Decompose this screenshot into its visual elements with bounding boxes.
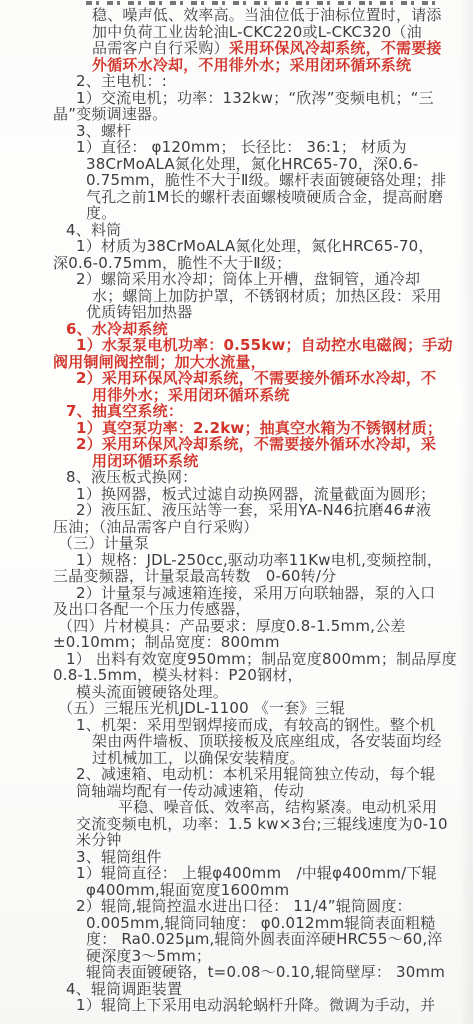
body-text: 2）液压缸、液压站等一套，采用YA-N46抗磨46#液 bbox=[76, 501, 431, 519]
text-line: 2、主电机：: bbox=[0, 73, 473, 90]
text-line: 度： Ra0.025μm,辊筒外圆表面淬硬HRC55～60,淬 bbox=[0, 931, 473, 948]
body-text: φ400mm,辊面宽度1600mm bbox=[86, 881, 289, 899]
body-text: 38CrMoALA氮化处理，氮化HRC65-70，深0.6- bbox=[86, 155, 418, 173]
text-line: 7、抽真空系统： bbox=[0, 403, 473, 420]
text-line: 度。 bbox=[0, 205, 473, 222]
text-line: 外循环水冷却，不用徘外水；采用闭环循环系统 bbox=[0, 57, 473, 74]
text-line: 及出口各配一个压力传感器， bbox=[0, 601, 473, 618]
body-text: 0.75mm，脆性不大于Ⅱ级。螺杆表面镀硬铬处理；排 bbox=[86, 171, 446, 189]
body-text: ±0.10mm；制品宽度：800mm bbox=[53, 633, 280, 651]
body-text: 三晶变频器，计量泵最高转数 0-60转/分 bbox=[53, 567, 336, 585]
text-line: 38CrMoALA氮化处理，氮化HRC65-70，深0.6- bbox=[0, 156, 473, 173]
text-line: 过机械加工，以确保安装精度。 bbox=[0, 750, 473, 767]
body-text: 2、减速箱、电动机：本机采用辊筒独立传动，每个辊 bbox=[76, 765, 435, 783]
text-line: 稳、噪声低、效率高。当油位低于油标位置时，请添 bbox=[0, 7, 473, 24]
highlight-text: 用闭环循环系统 bbox=[92, 452, 198, 470]
highlight-text: 1）水泵泵电机功率：0.55kw；自动控水电磁阀；手动 bbox=[76, 336, 453, 354]
text-line: 2）螺筒采用水冷却；筒体上开槽，盘铜管，通冷却 bbox=[0, 271, 473, 288]
text-line: 气孔之前1M长的螺杆表面螺棱喷硬质合金，提高耐磨 bbox=[0, 189, 473, 206]
body-text: 品需客户自行采购） bbox=[92, 39, 229, 57]
document-body: 稳、噪声低、效率高。当油位低于油标位置时，请添加中负荷工业齿轮油L-CKC220… bbox=[0, 7, 473, 1014]
text-line: 压油；（油品需客户自行采购） bbox=[0, 519, 473, 536]
body-text: 加中负荷工业齿轮油L-CKC220或L-CKC320（油 bbox=[92, 23, 422, 41]
text-line: （五）三辊压光机JDL-1100 《一套》三辊 bbox=[0, 700, 473, 717]
highlight-text: 2）采用环保风冷却系统，不需要接外循环水冷却，不 bbox=[76, 369, 436, 387]
text-line: 水；螺筒上加防护罩，不锈钢材质；加热区段：采用 bbox=[0, 288, 473, 305]
body-text: 2）辊筒,辊筒控温水进出口径： 11/4”辊筒圆度： bbox=[76, 897, 412, 915]
highlight-text: 用徘外水；采用闭环循环系统 bbox=[92, 386, 290, 404]
text-line: 1）真空泵功率：2.2kw；抽真空水箱为不锈钢材质； bbox=[0, 420, 473, 437]
text-line: 架由两件墙板、顶联接板及底座组成，各安装面均经 bbox=[0, 733, 473, 750]
highlight-text: 采用环保风冷却系统，不需要接 bbox=[229, 39, 442, 57]
body-text: 1）直径： φ120mm； 长径比： 36:1； 材质为 bbox=[76, 138, 407, 156]
text-line: 2）液压缸、液压站等一套，采用YA-N46抗磨46#液 bbox=[0, 502, 473, 519]
text-line: 1）直径： φ120mm； 长径比： 36:1； 材质为 bbox=[0, 139, 473, 156]
body-text: 0.005mm,辊筒同轴度： φ0.012mm辊筒表面粗糙 bbox=[86, 914, 436, 932]
text-line: 1）辊筒直径： 上辊φ400mm /中辊φ400mm/下辊 bbox=[0, 865, 473, 882]
text-line: 1）水泵泵电机功率：0.55kw；自动控水电磁阀；手动 bbox=[0, 337, 473, 354]
text-line: φ400mm,辊面宽度1600mm bbox=[0, 882, 473, 899]
body-text: 4、辊筒调距装置 bbox=[66, 980, 182, 998]
text-line: 1）交流电机；功率：132kw；“欣涔”变频电机；“三 bbox=[0, 90, 473, 107]
text-line: 4、辊筒调距装置 bbox=[0, 981, 473, 998]
text-line: 1）规格：JDL-250cc,驱动功率11Kw电机,变频控制， bbox=[0, 552, 473, 569]
body-text: 筒轴端均配有一传动减速箱，传动 bbox=[76, 782, 304, 800]
text-line: 品需客户自行采购）采用环保风冷却系统，不需要接 bbox=[0, 40, 473, 57]
highlight-text: 7、抽真空系统： bbox=[66, 402, 183, 420]
text-line: 3、辊筒组件 bbox=[0, 849, 473, 866]
text-line: 辊筒表面镀硬铬，t=0.08～0.10,辊筒壁厚： 30mm bbox=[0, 964, 473, 981]
text-line: 1）辊筒上下采用电动涡轮蜗杆升降。微调为手动，并 bbox=[0, 997, 473, 1014]
body-text: （三）计量泵 bbox=[58, 534, 149, 552]
body-text: 1）交流电机；功率：132kw；“欣涔”变频电机；“三 bbox=[76, 89, 434, 107]
body-text: 0.8-1.5mm，模头材料：P20钢材， bbox=[53, 666, 303, 684]
text-line: 2）计量泵与减速箱连接，采用万向联轴器，泵的入口 bbox=[0, 585, 473, 602]
body-text: 度： Ra0.025μm,辊筒外圆表面淬硬HRC55～60,淬 bbox=[86, 930, 443, 948]
text-line: 米分钟 bbox=[0, 832, 473, 849]
text-line: 4、料筒 bbox=[0, 222, 473, 239]
highlight-text: 2）采用环保风冷却系统，不需要接外循环水冷却，采 bbox=[76, 435, 436, 453]
body-text: 度。 bbox=[86, 204, 116, 222]
body-text: 深0.6-0.75mm，脆性不大于Ⅱ级； bbox=[53, 254, 291, 272]
body-text: 水；螺筒上加防护罩，不锈钢材质；加热区段：采用 bbox=[92, 287, 442, 305]
body-text: 及出口各配一个压力传感器， bbox=[53, 600, 251, 618]
body-text: 晶”变频调速器。 bbox=[53, 105, 167, 123]
text-line: 筒轴端均配有一传动减速箱，传动 bbox=[0, 783, 473, 800]
body-text: 平稳、噪音低、效率高，结构紧凑。电动机采用 bbox=[118, 798, 437, 816]
highlight-text: 6、水冷却系统 bbox=[66, 320, 168, 338]
text-line: （四）片材模具：产品要求：厚度0.8-1.5mm,公差 bbox=[0, 618, 473, 635]
body-text: 4、料筒 bbox=[66, 221, 121, 239]
body-text: 压油；（油品需客户自行采购） bbox=[53, 518, 258, 536]
body-text: 3、螺杆 bbox=[76, 122, 131, 140]
body-text: 优质铸铝加热器 bbox=[86, 303, 192, 321]
text-line: 0.75mm，脆性不大于Ⅱ级。螺杆表面镀硬铬处理；排 bbox=[0, 172, 473, 189]
highlight-text: 阀用铜闸阀控制；加大水流量， bbox=[53, 353, 266, 371]
body-text: （四）片材模具：产品要求：厚度0.8-1.5mm,公差 bbox=[58, 617, 406, 635]
body-text: 1） 出料有效宽度950mm；制品宽度800mm；制品厚度 bbox=[66, 650, 457, 668]
text-line: 加中负荷工业齿轮油L-CKC220或L-CKC320（油 bbox=[0, 24, 473, 41]
text-line: 深0.6-0.75mm，脆性不大于Ⅱ级； bbox=[0, 255, 473, 272]
body-text: 辊筒表面镀硬铬，t=0.08～0.10,辊筒壁厚： 30mm bbox=[86, 963, 445, 981]
body-text: 2、主电机：: bbox=[76, 72, 167, 90]
body-text: 米分钟 bbox=[76, 831, 122, 849]
text-line: 阀用铜闸阀控制；加大水流量， bbox=[0, 354, 473, 371]
body-text: 1）辊筒直径： 上辊φ400mm /中辊φ400mm/下辊 bbox=[76, 864, 437, 882]
highlight-text: 1）真空泵功率：2.2kw；抽真空水箱为不锈钢材质； bbox=[76, 419, 442, 437]
text-line: 1、机架：采用型钢焊接而成，有较高的钢性。整个机 bbox=[0, 717, 473, 734]
text-line: 晶”变频调速器。 bbox=[0, 106, 473, 123]
text-line: 1）换网器，板式过滤自动换网器，流量截面为圆形； bbox=[0, 486, 473, 503]
text-line: 硬深度3～5mm； bbox=[0, 948, 473, 965]
text-line: 三晶变频器，计量泵最高转数 0-60转/分 bbox=[0, 568, 473, 585]
body-text: 1）换网器，板式过滤自动换网器，流量截面为圆形； bbox=[76, 485, 435, 503]
body-text: 过机械加工，以确保安装精度。 bbox=[92, 749, 305, 767]
text-line: 1） 出料有效宽度950mm；制品宽度800mm；制品厚度 bbox=[0, 651, 473, 668]
text-line: （三）计量泵 bbox=[0, 535, 473, 552]
text-line: 3、螺杆 bbox=[0, 123, 473, 140]
highlight-text: 外循环水冷却，不用徘外水；采用闭环循环系统 bbox=[92, 56, 411, 74]
body-text: 1）材质为38CrMoALA氮化处理，氮化HRC65-70， bbox=[76, 237, 434, 255]
body-text: 2）螺筒采用水冷却；筒体上开槽，盘铜管，通冷却 bbox=[76, 270, 420, 288]
text-line: 用闭环循环系统 bbox=[0, 453, 473, 470]
text-line: 6、水冷却系统 bbox=[0, 321, 473, 338]
text-line: ±0.10mm；制品宽度：800mm bbox=[0, 634, 473, 651]
document-page: 稳、噪声低、效率高。当油位低于油标位置时，请添加中负荷工业齿轮油L-CKC220… bbox=[0, 0, 473, 1024]
text-line: 模头流面镀硬铬处理。 bbox=[0, 684, 473, 701]
body-text: 1、机架：采用型钢焊接而成，有较高的钢性。整个机 bbox=[76, 716, 435, 734]
body-text: 模头流面镀硬铬处理。 bbox=[76, 683, 228, 701]
body-text: 1）辊筒上下采用电动涡轮蜗杆升降。微调为手动，并 bbox=[76, 996, 435, 1014]
body-text: 1）规格：JDL-250cc,驱动功率11Kw电机,变频控制， bbox=[76, 551, 442, 569]
text-line: 2）采用环保风冷却系统，不需要接外循环水冷却，不 bbox=[0, 370, 473, 387]
text-line: 0.005mm,辊筒同轴度： φ0.012mm辊筒表面粗糙 bbox=[0, 915, 473, 932]
body-text: 硬深度3～5mm； bbox=[86, 947, 211, 965]
clipped-line-top bbox=[86, 1, 443, 5]
body-text: 8、液压板式换网： bbox=[66, 468, 197, 486]
body-text: 3、辊筒组件 bbox=[76, 848, 162, 866]
text-line: 平稳、噪音低、效率高，结构紧凑。电动机采用 bbox=[0, 799, 473, 816]
body-text: 交流变频电机，功率：1.5 kw×3台;三辊线速度为0-10 bbox=[76, 815, 448, 833]
text-line: 0.8-1.5mm，模头材料：P20钢材， bbox=[0, 667, 473, 684]
body-text: 架由两件墙板、顶联接板及底座组成，各安装面均经 bbox=[92, 732, 442, 750]
text-line: 优质铸铝加热器 bbox=[0, 304, 473, 321]
text-line: 8、液压板式换网： bbox=[0, 469, 473, 486]
text-line: 1）材质为38CrMoALA氮化处理，氮化HRC65-70， bbox=[0, 238, 473, 255]
text-line: 交流变频电机，功率：1.5 kw×3台;三辊线速度为0-10 bbox=[0, 816, 473, 833]
body-text: 气孔之前1M长的螺杆表面螺棱喷硬质合金，提高耐磨 bbox=[86, 188, 443, 206]
body-text: （五）三辊压光机JDL-1100 《一套》三辊 bbox=[58, 699, 345, 717]
body-text: 稳、噪声低、效率高。当油位低于油标位置时，请添 bbox=[92, 6, 442, 24]
text-line: 2）采用环保风冷却系统，不需要接外循环水冷却，采 bbox=[0, 436, 473, 453]
text-line: 用徘外水；采用闭环循环系统 bbox=[0, 387, 473, 404]
text-line: 2、减速箱、电动机：本机采用辊筒独立传动，每个辊 bbox=[0, 766, 473, 783]
text-line: 2）辊筒,辊筒控温水进出口径： 11/4”辊筒圆度： bbox=[0, 898, 473, 915]
body-text: 2）计量泵与减速箱连接，采用万向联轴器，泵的入口 bbox=[76, 584, 435, 602]
